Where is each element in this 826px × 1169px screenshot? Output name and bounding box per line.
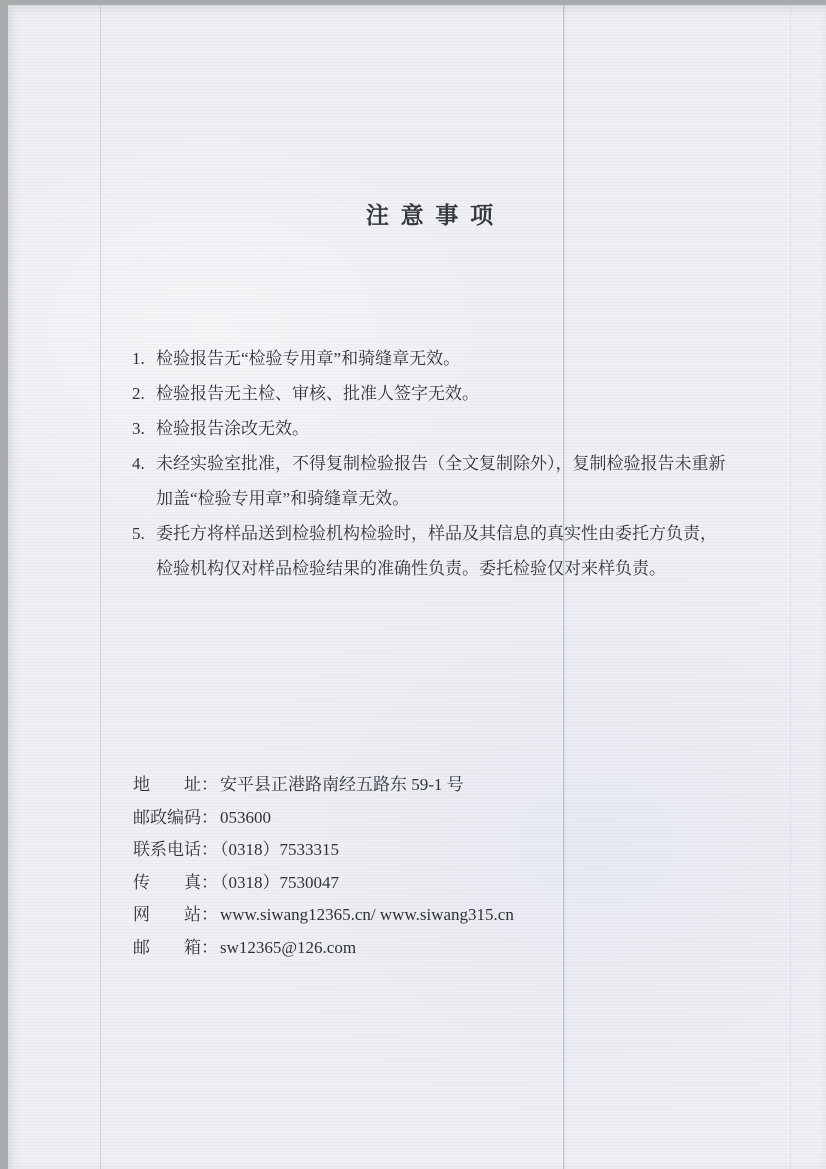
contact-label: 邮 箱： bbox=[133, 938, 218, 957]
note-line: 检验报告无主检、审核、批准人签字无效。 bbox=[156, 376, 746, 411]
note-number: 2. bbox=[132, 376, 145, 411]
note-line: 检验报告涂改无效。 bbox=[156, 411, 746, 446]
note-line: 检验机构仅对样品检验结果的准确性负责。委托检验仅对来样负责。 bbox=[156, 551, 746, 586]
note-line: 未经实验室批准，不得复制检验报告（全文复制除外），复制检验报告未重新 bbox=[156, 446, 746, 481]
contact-row-fax: 传 真：（0318）7530047 bbox=[133, 867, 514, 900]
note-number: 4. bbox=[132, 446, 145, 481]
note-number: 3. bbox=[132, 411, 145, 446]
contact-row-email: 邮 箱：sw12365@126.com bbox=[133, 932, 514, 965]
contact-value: （0318）7530047 bbox=[218, 873, 339, 892]
crease-line-left bbox=[100, 5, 101, 1169]
note-number: 1. bbox=[132, 341, 145, 376]
contact-label: 网 站： bbox=[133, 905, 218, 924]
contact-value: www.siwang12365.cn/ www.siwang315.cn bbox=[218, 905, 514, 924]
contact-value: 053600 bbox=[218, 808, 271, 827]
contact-label: 地 址： bbox=[133, 775, 218, 794]
contact-value: 安平县正港路南经五路东 59-1 号 bbox=[218, 775, 464, 794]
contact-info: 地 址：安平县正港路南经五路东 59-1 号 邮政编码：053600 联系电话：… bbox=[133, 769, 514, 965]
document-page: 注 意 事 项 1. 检验报告无“检验专用章”和骑缝章无效。 2. 检验报告无主… bbox=[8, 5, 826, 1169]
contact-value: sw12365@126.com bbox=[218, 938, 356, 957]
contact-row-postcode: 邮政编码：053600 bbox=[133, 802, 514, 835]
contact-label: 联系电话： bbox=[133, 840, 218, 859]
contact-row-website: 网 站：www.siwang12365.cn/ www.siwang315.cn bbox=[133, 899, 514, 932]
contact-label: 邮政编码： bbox=[133, 808, 218, 827]
page-title: 注 意 事 项 bbox=[22, 197, 826, 230]
contact-row-phone: 联系电话：（0318）7533315 bbox=[133, 834, 514, 867]
note-item: 4. 未经实验室批准，不得复制检验报告（全文复制除外），复制检验报告未重新 加盖… bbox=[132, 446, 746, 516]
crease-line-far-right bbox=[790, 5, 791, 1169]
contact-row-address: 地 址：安平县正港路南经五路东 59-1 号 bbox=[133, 769, 514, 802]
note-line: 加盖“检验专用章”和骑缝章无效。 bbox=[156, 481, 746, 516]
note-item: 3. 检验报告涂改无效。 bbox=[132, 411, 746, 446]
notes-list: 1. 检验报告无“检验专用章”和骑缝章无效。 2. 检验报告无主检、审核、批准人… bbox=[132, 341, 746, 586]
note-item: 2. 检验报告无主检、审核、批准人签字无效。 bbox=[132, 376, 746, 411]
note-number: 5. bbox=[132, 516, 145, 551]
crease-line-right bbox=[563, 5, 564, 1169]
note-item: 1. 检验报告无“检验专用章”和骑缝章无效。 bbox=[132, 341, 746, 376]
note-item: 5. 委托方将样品送到检验机构检验时，样品及其信息的真实性由委托方负责， 检验机… bbox=[132, 516, 746, 586]
note-line: 委托方将样品送到检验机构检验时，样品及其信息的真实性由委托方负责， bbox=[156, 516, 746, 551]
contact-label: 传 真： bbox=[133, 873, 218, 892]
scanner-background: { "colors": { "paper": "#eff0f4", "scann… bbox=[0, 0, 826, 1169]
note-line: 检验报告无“检验专用章”和骑缝章无效。 bbox=[156, 341, 746, 376]
contact-value: （0318）7533315 bbox=[218, 840, 339, 859]
